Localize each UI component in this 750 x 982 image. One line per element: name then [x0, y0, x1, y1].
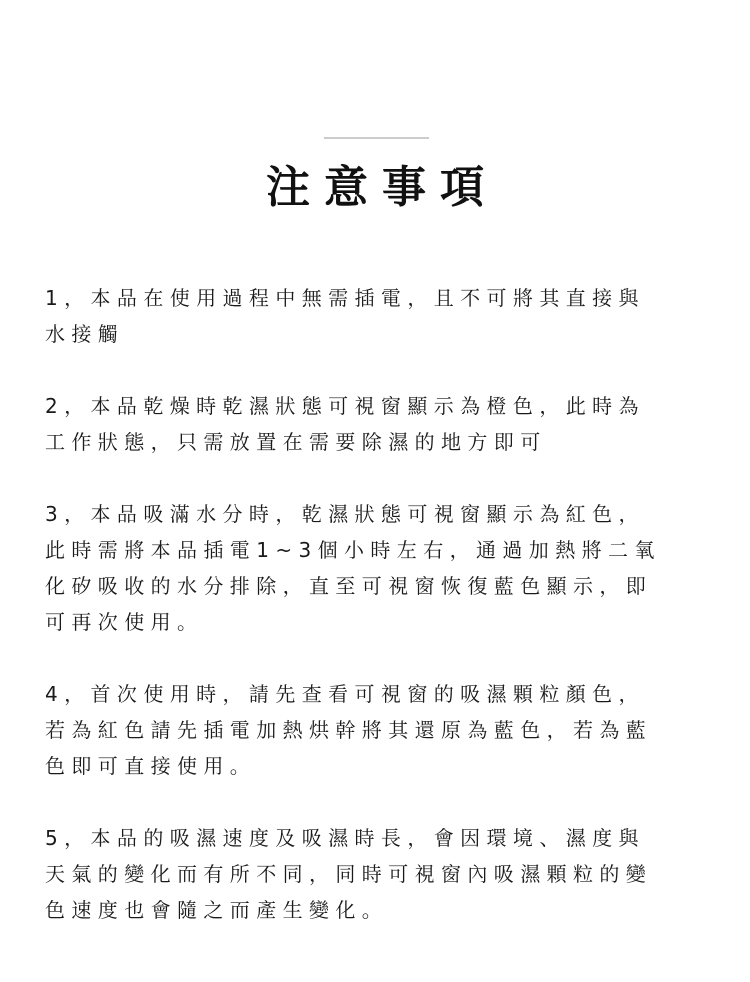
note-item-1: 1，本品在使用過程中無需插電，且不可將其直接與 水接觸 — [45, 280, 715, 352]
note-line: 2，本品乾燥時乾濕狀態可視窗顯示為橙色，此時為 — [45, 388, 715, 424]
note-line: 5，本品的吸濕速度及吸濕時長，會因環境、濕度與 — [45, 820, 715, 856]
note-line: 工作狀態，只需放置在需要除濕的地方即可 — [45, 424, 715, 460]
page-title: 注意事項 — [0, 160, 750, 216]
note-line: 色速度也會隨之而產生變化。 — [45, 892, 715, 928]
title-divider — [324, 137, 429, 139]
note-line: 色即可直接使用。 — [45, 748, 715, 784]
notes-list: 1，本品在使用過程中無需插電，且不可將其直接與 水接觸 2，本品乾燥時乾濕狀態可… — [45, 280, 715, 964]
note-item-4: 4，首次使用時，請先查看可視窗的吸濕顆粒顏色， 若為紅色請先插電加熱烘幹將其還原… — [45, 676, 715, 784]
note-item-5: 5，本品的吸濕速度及吸濕時長，會因環境、濕度與 天氣的變化而有所不同，同時可視窗… — [45, 820, 715, 928]
note-line: 3，本品吸滿水分時，乾濕狀態可視窗顯示為紅色， — [45, 496, 715, 532]
note-item-2: 2，本品乾燥時乾濕狀態可視窗顯示為橙色，此時為 工作狀態，只需放置在需要除濕的地… — [45, 388, 715, 460]
note-line: 若為紅色請先插電加熱烘幹將其還原為藍色，若為藍 — [45, 712, 715, 748]
note-line: 1，本品在使用過程中無需插電，且不可將其直接與 — [45, 280, 715, 316]
note-line: 此時需將本品插電1~3個小時左右，通過加熱將二氧 — [45, 532, 715, 568]
note-line: 化矽吸收的水分排除，直至可視窗恢復藍色顯示，即 — [45, 568, 715, 604]
note-line: 4，首次使用時，請先查看可視窗的吸濕顆粒顏色， — [45, 676, 715, 712]
note-line: 可再次使用。 — [45, 604, 715, 640]
note-line: 天氣的變化而有所不同，同時可視窗內吸濕顆粒的變 — [45, 856, 715, 892]
note-item-3: 3，本品吸滿水分時，乾濕狀態可視窗顯示為紅色， 此時需將本品插電1~3個小時左右… — [45, 496, 715, 640]
note-line: 水接觸 — [45, 316, 715, 352]
